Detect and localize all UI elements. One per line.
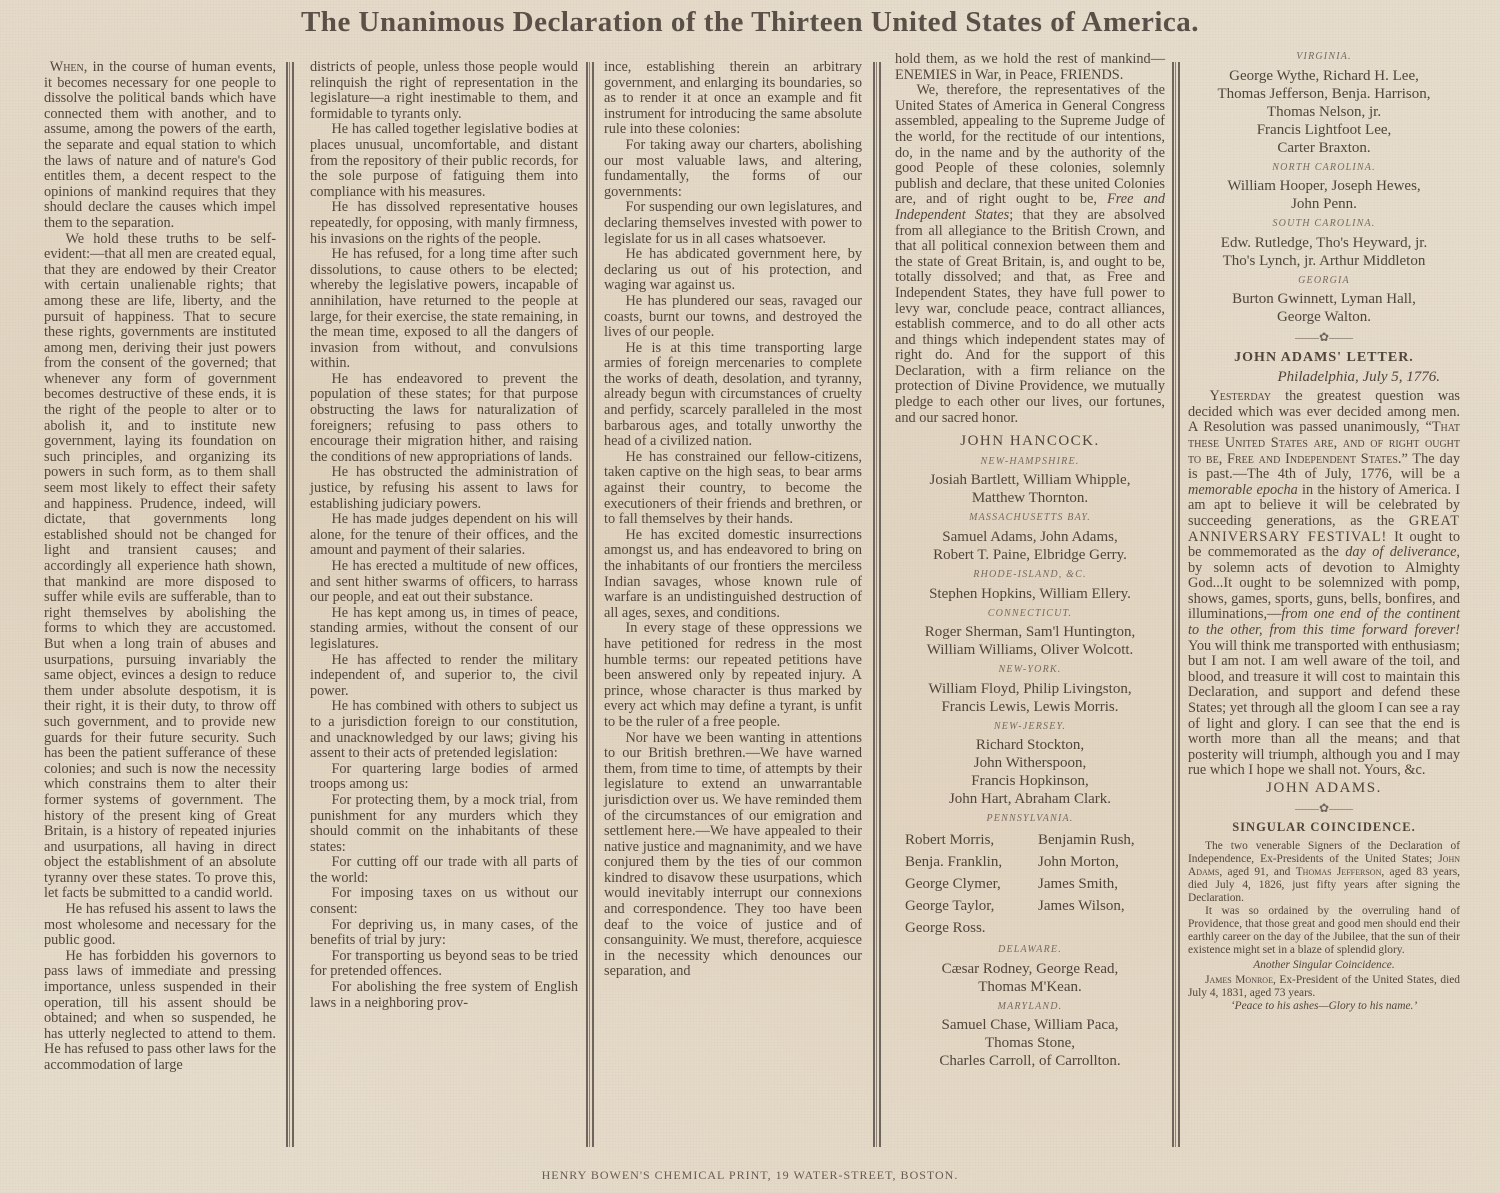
signer-name: Francis Hopkinson, [895, 772, 1165, 790]
signer-name: Samuel Chase, William Paca, [895, 1016, 1165, 1034]
signer-name: Tho's Lynch, jr. Arthur Middleton [1188, 252, 1460, 270]
column-divider [1172, 62, 1180, 1147]
paragraph: When, in the course of human events, it … [44, 60, 276, 232]
state-label-nh: New-Hampshire. [895, 454, 1165, 470]
state-label-ga: Georgia [1188, 273, 1460, 289]
signature-hancock: JOHN HANCOCK. [895, 434, 1165, 450]
signer-name: Benja. Franklin, [905, 851, 1032, 873]
signer-name: Thomas M'Kean. [895, 978, 1165, 996]
paragraph: He has forbidden his governors to pass l… [44, 949, 276, 1074]
pennsylvania-signers: Robert Morris, Benjamin Rush, Benja. Fra… [895, 829, 1165, 939]
column-divider [286, 62, 294, 1147]
paragraph: He has dissolved representative houses r… [310, 200, 578, 247]
letter-heading: JOHN ADAMS' LETTER. [1188, 350, 1460, 366]
column-3: ince, establishing therein an arbitrary … [604, 60, 862, 980]
paragraph-text: You will think me transported with enthu… [1188, 638, 1460, 779]
signer-name: Burton Gwinnett, Lyman Hall, [1188, 290, 1460, 308]
paragraph: For abolishing the free system of Englis… [310, 980, 578, 1011]
signer-name: Thomas Stone, [895, 1034, 1165, 1052]
paragraph: In every stage of these oppressions we h… [604, 621, 862, 730]
paragraph: It was so ordained by the overruling han… [1188, 905, 1460, 957]
paragraph: Nor have we been wanting in attentions t… [604, 731, 862, 981]
signer-name: Carter Braxton. [1188, 139, 1460, 157]
paragraph: He has refused his assent to laws the mo… [44, 902, 276, 949]
signer-name: Matthew Thornton. [895, 489, 1165, 507]
document-title: The Unanimous Declaration of the Thirtee… [0, 6, 1500, 39]
state-label-md: Maryland. [895, 999, 1165, 1015]
paragraph: He has affected to render the military i… [310, 653, 578, 700]
paragraph-text: ; that they are absolved from all allegi… [895, 207, 1165, 426]
signer-name: Francis Lewis, Lewis Morris. [895, 698, 1165, 716]
state-label-nc: North Carolina. [1188, 160, 1460, 176]
signer-name: John Penn. [1188, 195, 1460, 213]
paragraph-text: We, therefore, the representatives of th… [895, 82, 1165, 207]
epitaph: ‘Peace to his ashes—Glory to his name.’ [1188, 1000, 1460, 1013]
emphasis-text: day of deliverance [1345, 544, 1456, 560]
signer-name: Charles Carroll, of Carrollton. [895, 1052, 1165, 1070]
paragraph: The two venerable Signers of the Declara… [1188, 840, 1460, 905]
signer-name: Samuel Adams, John Adams, [895, 528, 1165, 546]
signer-name: Thomas Nelson, jr. [1188, 103, 1460, 121]
signer-name: George Wythe, Richard H. Lee, [1188, 67, 1460, 85]
paragraph: He has plundered our seas, ravaged our c… [604, 294, 862, 341]
state-label-pa: Pennsylvania. [895, 811, 1165, 827]
column-1: When, in the course of human events, it … [44, 60, 276, 1074]
signer-name: Josiah Bartlett, William Whipple, [895, 471, 1165, 489]
paragraph: He has called together legislative bodie… [310, 122, 578, 200]
column-5: Virginia. George Wythe, Richard H. Lee, … [1188, 46, 1460, 1013]
signer-name: Roger Sherman, Sam'l Huntington, [895, 623, 1165, 641]
ornament-divider-icon: ——✿—— [1188, 330, 1460, 346]
signer-name: Robert T. Paine, Elbridge Gerry. [895, 546, 1165, 564]
signer-name: Robert Morris, [905, 829, 1032, 851]
paragraph: He has abdicated government here, by dec… [604, 247, 862, 294]
subheading: Another Singular Coincidence. [1188, 959, 1460, 972]
signer-name: James Smith, [1038, 873, 1165, 895]
paragraph: For cutting off our trade with all parts… [310, 855, 578, 886]
column-divider [873, 62, 881, 1147]
signer-name: George Taylor, [905, 895, 1032, 917]
drop-lead: When [50, 59, 84, 75]
state-label-ri: Rhode-Island, &c. [895, 567, 1165, 583]
coincidence-heading: SINGULAR COINCIDENCE. [1188, 820, 1460, 836]
state-label-sc: South Carolina. [1188, 216, 1460, 232]
paragraph: He has obstructed the administration of … [310, 465, 578, 512]
signer-name: Edw. Rutledge, Tho's Heyward, jr. [1188, 234, 1460, 252]
paragraph-text: The two venerable Signers of the Declara… [1188, 840, 1460, 865]
paragraph: We hold these truths to be self-evident:… [44, 232, 276, 903]
paragraph-text: , aged 91, and [1219, 866, 1295, 878]
column-2: districts of people, unless those people… [310, 60, 578, 1011]
paragraph: He is at this time transporting large ar… [604, 341, 862, 450]
column-4: hold them, as we hold the rest of mankin… [895, 52, 1165, 1070]
paragraph: He has excited domestic insurrections am… [604, 528, 862, 622]
signer-name: Benjamin Rush, [1038, 829, 1165, 851]
coincidence-section: The two venerable Signers of the Declara… [1188, 840, 1460, 1013]
signer-name: George Walton. [1188, 308, 1460, 326]
drop-lead: Yesterday [1209, 388, 1271, 404]
person-name: James Monroe [1205, 974, 1273, 986]
paragraph: We, therefore, the representatives of th… [895, 83, 1165, 426]
paragraph: For quartering large bodies of armed tro… [310, 762, 578, 793]
paragraph: James Monroe, Ex-President of the United… [1188, 974, 1460, 1000]
paragraph: He has combined with others to subject u… [310, 699, 578, 761]
column-divider [586, 62, 594, 1147]
signer-name: William Hooper, Joseph Hewes, [1188, 177, 1460, 195]
signer-name: John Morton, [1038, 851, 1165, 873]
state-label-nj: New-Jersey. [895, 719, 1165, 735]
emphasis-text: memorable epocha [1188, 482, 1298, 498]
paragraph: For depriving us, in many cases, of the … [310, 918, 578, 949]
signer-name: Thomas Jefferson, Benja. Harrison, [1188, 85, 1460, 103]
letter-signature: JOHN ADAMS. [1188, 781, 1460, 797]
signer-name: James Wilson, [1038, 895, 1165, 917]
paragraph: For taking away our charters, abolishing… [604, 138, 862, 200]
ornament-divider-icon: ——✿—— [1188, 801, 1460, 817]
state-label-ny: New-York. [895, 662, 1165, 678]
letter-body: Yesterday the greatest question was deci… [1188, 389, 1460, 779]
signer-name: Francis Lightfoot Lee, [1188, 121, 1460, 139]
paragraph: He has refused, for a long time after su… [310, 247, 578, 372]
signer-name: John Hart, Abraham Clark. [895, 790, 1165, 808]
printer-imprint: HENRY BOWEN'S CHEMICAL PRINT, 19 WATER-S… [0, 1168, 1500, 1183]
paragraph-text: , in the course of human events, it beco… [44, 59, 276, 231]
paragraph: He has kept among us, in times of peace,… [310, 606, 578, 653]
paragraph: He has made judges dependent on his will… [310, 512, 578, 559]
signer-name: Stephen Hopkins, William Ellery. [895, 585, 1165, 603]
paragraph: For protecting them, by a mock trial, fr… [310, 793, 578, 855]
signer-name: Richard Stockton, [895, 736, 1165, 754]
paragraph: He has erected a multitude of new office… [310, 559, 578, 606]
state-label-ma: Massachusetts Bay. [895, 510, 1165, 526]
paragraph: districts of people, unless those people… [310, 60, 578, 122]
signer-name: William Floyd, Philip Livingston, [895, 680, 1165, 698]
paragraph: He has endeavored to prevent the populat… [310, 372, 578, 466]
signer-name: John Witherspoon, [895, 754, 1165, 772]
paragraph: He has constrained our fellow-citizens, … [604, 450, 862, 528]
paragraph: For imposing taxes on us without our con… [310, 886, 578, 917]
signer-name: Cæsar Rodney, George Read, [895, 960, 1165, 978]
signer-name: George Clymer, [905, 873, 1032, 895]
signer-name: William Williams, Oliver Wolcott. [895, 641, 1165, 659]
paragraph: ince, establishing therein an arbitrary … [604, 60, 862, 138]
person-name: Thomas Jefferson [1296, 866, 1382, 878]
state-label-va: Virginia. [1188, 49, 1460, 65]
letter-dateline: Philadelphia, July 5, 1776. [1188, 370, 1460, 386]
state-label-ct: Connecticut. [895, 606, 1165, 622]
paragraph: For transporting us beyond seas to be tr… [310, 949, 578, 980]
state-label-de: Delaware. [895, 942, 1165, 958]
signer-name: George Ross. [905, 917, 1032, 939]
paragraph: hold them, as we hold the rest of mankin… [895, 52, 1165, 83]
paragraph: For suspending our own legislatures, and… [604, 200, 862, 247]
